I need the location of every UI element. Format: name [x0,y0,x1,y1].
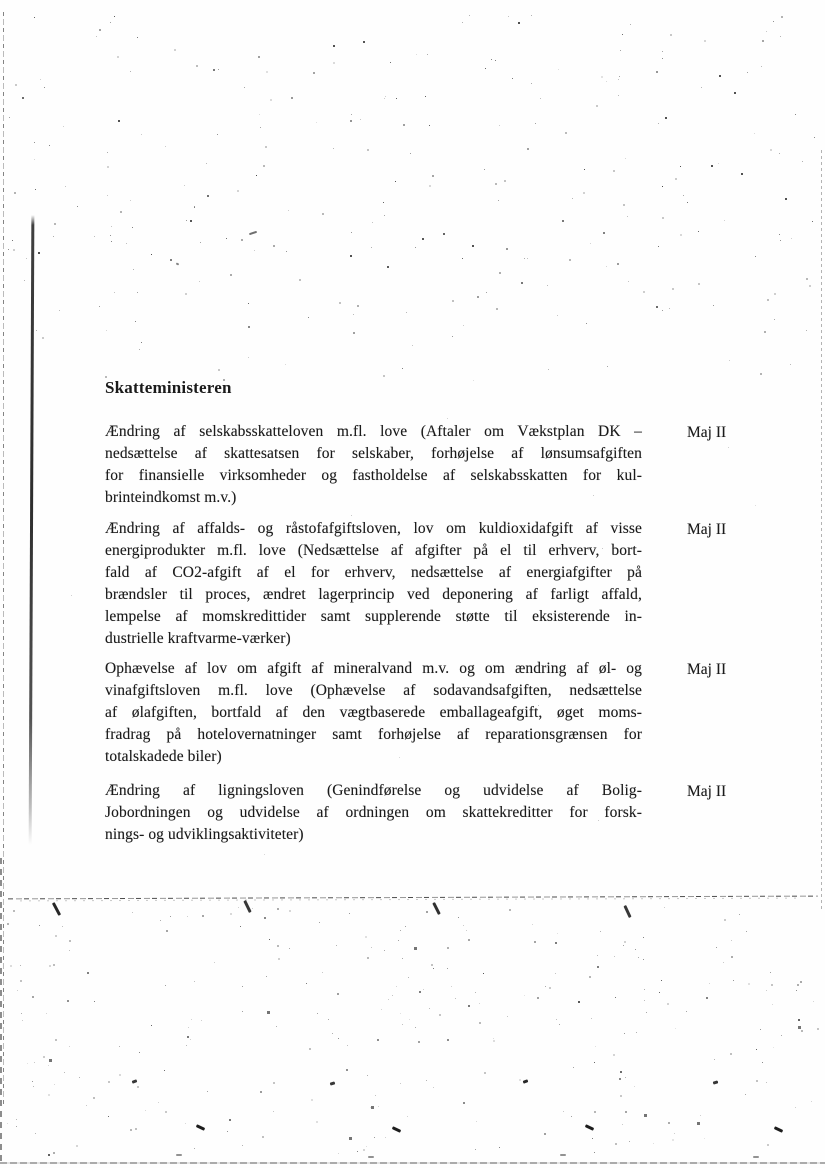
text-line: vinafgiftsloven m.fl. love (Ophævelse af… [105,680,642,702]
scan-ink-mark [196,1124,205,1131]
scan-ink-mark [330,1081,336,1085]
text-line: dustrielle kraftvarme-værker) [105,628,642,650]
scan-ink-mark [623,905,631,918]
scan-artifact-left-edge-smudge [0,858,2,1163]
text-line: totalskadede biler) [105,746,642,768]
text-line: Jobordningen og udvidelse af ordningen o… [105,802,642,824]
law-entry: Ændring af selskabsskatteloven m.fl. lov… [105,421,642,509]
text-line: energiprodukter m.fl. love (Nedsættelse … [105,540,642,562]
text-line: lempelse af momskredittider samt suppler… [105,606,642,628]
scan-ink-mark [52,902,61,916]
scan-ink-mark [249,231,257,235]
text-line: Ændring af selskabsskatteloven m.fl. lov… [105,421,642,443]
law-entry: Ændring af ligningsloven (Genindførelse … [105,780,642,846]
scan-ink-mark [170,259,172,261]
scan-ink-mark [176,263,180,266]
session-label: Maj II [687,422,726,444]
scan-ink-mark [368,1156,374,1158]
scan-ink-mark [132,1079,138,1084]
section-heading: Skatteministeren [105,378,642,398]
text-line: nings- og udviklingsaktiviteter) [105,824,642,846]
text-line: Ophævelse af lov om afgift af mineralvan… [105,658,642,680]
session-label: Maj II [687,519,726,541]
text-line: for finansielle virksomheder og fasthold… [105,465,642,487]
text-line: fald af CO2-afgift af el for erhverv, ne… [105,562,642,584]
text-line: Ændring af affalds- og råstofafgiftslove… [105,518,642,540]
text-line: fradrag på hotelovernatninger samt forhø… [105,724,642,746]
text-line: brændsler til proces, ændret lagerprinci… [105,584,642,606]
law-entry: Ændring af affalds- og råstofafgiftslove… [105,518,642,650]
session-label: Maj II [687,781,726,803]
law-entry: Ophævelse af lov om afgift af mineralvan… [105,658,642,768]
text-line: Ændring af ligningsloven (Genindførelse … [105,780,642,802]
text-line: nedsættelse af skattesatsen for selskabe… [105,443,642,465]
scan-artifact-fold-line [29,215,35,845]
scan-ink-mark [523,1079,529,1084]
scan-ink-mark [774,1126,783,1133]
scan-ink-mark [753,1156,759,1158]
text-line: af ølafgiften, bortfald af den vægtbaser… [105,702,642,724]
scan-artifact-bottom-edge-line [0,1162,825,1164]
text-line: brinteindkomst m.v.) [105,487,642,509]
scan-ink-mark [432,902,441,915]
scan-ink-mark [560,1154,566,1156]
scan-ink-mark [392,1126,401,1133]
scanned-document-page: Skatteministeren Ændring af selskabsskat… [0,0,825,1168]
document-content: Skatteministeren Ændring af selskabsskat… [105,378,642,856]
scan-artifact-left-edge-line [3,12,4,1107]
scan-ink-mark [243,900,251,913]
scan-artifact-right-edge-line [821,150,822,910]
scan-ink-mark [713,1080,719,1084]
scan-ink-mark [585,1124,594,1131]
scan-ink-mark [176,1154,182,1156]
session-label: Maj II [687,659,726,681]
